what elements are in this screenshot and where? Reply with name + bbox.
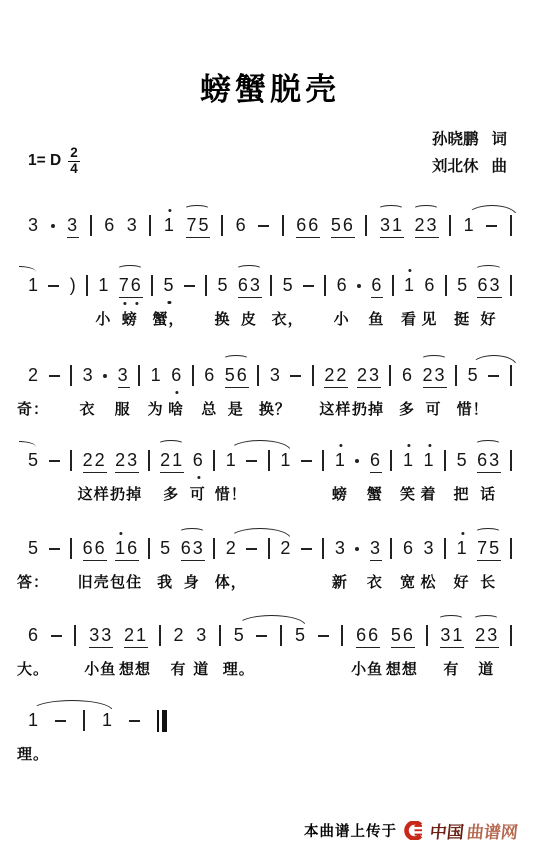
music-line-5: 5答：66旧壳16包住5我63身2体，23新3衣6宽3松1好75长 <box>28 526 512 592</box>
slur-arc <box>438 615 464 623</box>
note: 5答： <box>28 538 38 559</box>
note: 23扔掉 <box>115 450 137 473</box>
duration-dash <box>290 375 301 377</box>
duration-dash <box>49 375 60 377</box>
lyric: 话 <box>480 483 496 504</box>
note: 3新 <box>335 538 345 559</box>
key-signature: 1= D 2 4 <box>28 146 80 177</box>
lyric: 可 <box>190 483 206 504</box>
note: 1 <box>280 450 290 471</box>
augmentation-dot <box>355 459 359 463</box>
lyric: 衣 <box>367 571 383 592</box>
note: 56 <box>331 215 353 238</box>
slur-arc <box>179 528 205 536</box>
barline <box>70 365 72 386</box>
site-name-main: 中国 <box>429 818 466 843</box>
note: 5蟹， <box>163 275 173 296</box>
note: 5我 <box>160 538 170 559</box>
lyric: 扔掉 <box>110 483 142 504</box>
barline <box>83 710 85 731</box>
note: 6啥 <box>171 365 181 386</box>
duration-dash <box>256 635 267 637</box>
lyric: 小鱼 <box>351 658 383 679</box>
note: 6鱼 <box>371 275 381 298</box>
lyric: 新 <box>332 571 348 592</box>
octave-dot-below <box>176 391 179 394</box>
lyric: 换 <box>215 308 231 329</box>
note: 22这样 <box>324 365 346 388</box>
lyric: 这样 <box>78 483 110 504</box>
lyric: 小 <box>95 308 111 329</box>
lyric: 身 <box>184 571 200 592</box>
note: 63身 <box>181 538 203 561</box>
octave-dot-above <box>428 444 431 447</box>
barline <box>449 215 451 236</box>
note: 5衣， <box>283 275 293 296</box>
lyric: 道 <box>478 658 494 679</box>
barline <box>365 215 367 236</box>
lyric: 小鱼 <box>84 658 116 679</box>
duration-dash <box>48 285 59 287</box>
lyric: 是 <box>228 398 244 419</box>
barline <box>390 538 392 559</box>
lyric: 多 <box>163 483 179 504</box>
duration-dash <box>301 460 312 462</box>
note: 23可 <box>423 365 445 388</box>
music-line-6: 6大。33小鱼21想想2有3道5理。566小鱼56想想31有23道 <box>28 613 512 679</box>
note: 5惜！ <box>468 365 478 386</box>
note: 3 <box>67 215 77 238</box>
music-line-2: 1)1小76螃5蟹，5换63皮5衣，6小6鱼1看6见5挺63好 <box>28 263 512 329</box>
note: 5挺 <box>457 275 467 296</box>
lyric: 着 <box>421 483 437 504</box>
slur-arc <box>421 355 447 363</box>
barline <box>74 625 76 646</box>
lyric: 惜！ <box>457 398 489 419</box>
final-barline <box>157 710 167 732</box>
composer-name: 刘北休 <box>432 154 479 176</box>
duration-dash <box>301 548 312 550</box>
barline <box>148 538 150 559</box>
barline <box>510 365 512 386</box>
note: 3服 <box>118 365 128 388</box>
upload-note: 本曲谱上传于 <box>304 820 397 841</box>
note: 1 <box>164 215 174 236</box>
augmentation-dot <box>357 284 361 288</box>
lyricist-name: 孙晓鹏 <box>432 127 479 149</box>
octave-dot-above <box>461 532 464 535</box>
lyric: 见 <box>421 308 437 329</box>
lyric: 蟹 <box>367 483 383 504</box>
note: 56想想 <box>391 625 413 648</box>
note: 16包住 <box>115 538 137 561</box>
lyric: 看 <box>401 308 417 329</box>
note: 75长 <box>477 538 499 561</box>
barline <box>322 538 324 559</box>
note: 21多 <box>160 450 182 473</box>
note: 56是 <box>225 365 247 388</box>
lyric: 宽 <box>400 571 416 592</box>
barline <box>390 450 392 471</box>
barline <box>159 625 161 646</box>
duration-dash <box>258 225 269 227</box>
note: 1小 <box>98 275 108 296</box>
lyric: 道 <box>193 658 209 679</box>
lyric: 总 <box>201 398 217 419</box>
note: 2奇： <box>28 365 38 386</box>
note: 6总 <box>204 365 214 386</box>
lyric: 有 <box>443 658 459 679</box>
slur-arc <box>158 440 184 448</box>
barline <box>392 275 394 296</box>
octave-dot-below <box>168 301 171 304</box>
slur-arc <box>236 265 262 273</box>
barline <box>205 275 207 296</box>
note: 6可 <box>193 450 203 471</box>
note: 3道 <box>196 625 206 646</box>
octave-dot-above <box>120 532 123 535</box>
barline <box>270 275 272 296</box>
barline <box>192 365 194 386</box>
music-line-3: 2奇：3衣3服1为6啥6总56是3换？22这样23扔掉6多23可5惜！ <box>28 353 512 419</box>
lyric: 理。 <box>223 658 255 679</box>
time-signature-denominator: 4 <box>70 162 78 177</box>
note: 6 <box>236 215 246 236</box>
note: 6 <box>104 215 114 236</box>
slur-arc <box>117 265 143 273</box>
note: 6蟹 <box>370 450 380 473</box>
barline <box>510 275 512 296</box>
barline <box>282 215 284 236</box>
note: 3衣 <box>83 365 93 386</box>
lyric: 换？ <box>259 398 291 419</box>
duration-dash <box>318 635 329 637</box>
note: 66旧壳 <box>83 538 105 561</box>
barline <box>151 275 153 296</box>
tie-arc <box>237 615 306 626</box>
barline <box>444 538 446 559</box>
note: 1螃 <box>335 450 345 471</box>
barline <box>426 625 428 646</box>
lyric: 为 <box>148 398 164 419</box>
augmentation-dot <box>51 224 55 228</box>
lyric: 小 <box>334 308 350 329</box>
barline <box>90 215 92 236</box>
barline <box>324 275 326 296</box>
time-signature: 2 4 <box>68 146 80 177</box>
lyric: 包住 <box>110 571 142 592</box>
note: 1笑 <box>403 450 413 471</box>
note: 5 <box>295 625 305 646</box>
lyric: 理。 <box>17 743 49 764</box>
octave-dot-below <box>123 302 126 305</box>
lyric: 想想 <box>386 658 418 679</box>
note: 5把 <box>457 450 467 471</box>
note: 3 <box>127 215 137 236</box>
note: 2 <box>280 538 290 559</box>
note: 63好 <box>477 275 499 298</box>
note: 3衣 <box>370 538 380 561</box>
note: 66小鱼 <box>356 625 378 648</box>
lyric: 衣 <box>80 398 96 419</box>
site-name-suffix: 曲谱网 <box>466 818 520 843</box>
barline <box>138 365 140 386</box>
barline <box>322 450 324 471</box>
tie-arc <box>471 355 517 366</box>
duration-dash <box>184 285 195 287</box>
lyric: 螃 <box>332 483 348 504</box>
lyric: 松 <box>421 571 437 592</box>
note: 76螃 <box>119 275 141 298</box>
duration-dash <box>49 548 60 550</box>
duration-dash <box>303 285 314 287</box>
barline <box>510 450 512 471</box>
barline <box>444 450 446 471</box>
slur-arc <box>475 265 501 273</box>
note: 5换 <box>218 275 228 296</box>
key-label: 1= D <box>28 152 61 170</box>
note: 3换？ <box>270 365 280 386</box>
sheet-music-page: 螃蟹脱壳 孙晓鹏 词 刘北休 曲 1= D 2 4 33631756665631… <box>0 0 540 850</box>
lyric: 扔掉 <box>352 398 384 419</box>
augmentation-dot <box>103 374 107 378</box>
music-line-1: 33631756665631231 <box>28 203 512 269</box>
note: 31 <box>380 215 402 238</box>
augmentation-dot <box>355 547 359 551</box>
barline <box>510 538 512 559</box>
note: 6大。 <box>28 625 38 646</box>
slur-arc <box>475 440 501 448</box>
duration-dash <box>49 460 60 462</box>
lyric: 螃 <box>122 308 138 329</box>
footer: 本曲谱上传于 中国 曲谱网 <box>304 818 518 843</box>
barline <box>86 275 88 296</box>
barline <box>219 625 221 646</box>
slur-arc <box>223 355 249 363</box>
barline <box>213 450 215 471</box>
music-line-7: 1理。1 <box>28 698 167 764</box>
barline <box>70 450 72 471</box>
lyricist-credit: 孙晓鹏 词 <box>432 127 507 149</box>
note: 1理。 <box>28 710 38 731</box>
lyric: 衣， <box>272 308 304 329</box>
barline <box>445 275 447 296</box>
tie-arc <box>467 205 517 216</box>
tie-arc <box>31 700 113 711</box>
duration-dash <box>51 635 62 637</box>
barline <box>268 538 270 559</box>
octave-dot-below <box>135 302 138 305</box>
note: 33小鱼 <box>89 625 111 648</box>
lyric: 挺 <box>454 308 470 329</box>
lyric: 旧壳 <box>78 571 110 592</box>
barline <box>148 450 150 471</box>
composer-role: 曲 <box>491 154 507 176</box>
note: 1 <box>28 275 38 296</box>
note: 2有 <box>173 625 183 646</box>
lyric: 答： <box>17 571 49 592</box>
lyric: 啥 <box>168 398 184 419</box>
note: 1为 <box>151 365 161 386</box>
note: 21想想 <box>124 625 146 648</box>
lyric: 有 <box>170 658 186 679</box>
duration-dash <box>486 225 497 227</box>
note: 23道 <box>475 625 497 648</box>
barline <box>70 538 72 559</box>
note: 63皮 <box>238 275 260 298</box>
lyric: 鱼 <box>368 308 384 329</box>
note: 6小 <box>337 275 347 296</box>
site-logo-icon <box>404 821 423 840</box>
credits: 孙晓鹏 词 刘北休 曲 <box>432 127 507 176</box>
duration-dash <box>488 375 499 377</box>
barline <box>510 215 512 236</box>
note: 63话 <box>477 450 499 473</box>
music-line-4: 522这样23扔掉21多6可1惜！11螃6蟹1笑1着5把63话 <box>28 438 512 504</box>
octave-dot-below <box>197 476 200 479</box>
lyric: 蟹， <box>152 308 184 329</box>
slur-arc <box>184 205 210 213</box>
note: 3松 <box>424 538 434 559</box>
note: 3 <box>28 215 38 236</box>
time-signature-numerator: 2 <box>68 146 80 162</box>
lyric: 惜！ <box>215 483 247 504</box>
duration-dash <box>55 720 66 722</box>
note: 6见 <box>424 275 434 296</box>
note: 1 <box>464 215 474 236</box>
lyric: 笑 <box>400 483 416 504</box>
slur-arc <box>378 205 404 213</box>
barline <box>280 625 282 646</box>
lyric: 可 <box>426 398 442 419</box>
note: 5 <box>28 450 38 471</box>
site-name: 中国 曲谱网 <box>429 818 520 843</box>
slur-arc <box>473 615 499 623</box>
lyric: 我 <box>157 571 173 592</box>
duration-dash <box>246 460 257 462</box>
lyric: 好 <box>454 571 470 592</box>
barline <box>221 215 223 236</box>
note: 1惜！ <box>226 450 236 471</box>
note: 75 <box>186 215 208 238</box>
lyric: 想想 <box>119 658 151 679</box>
lyric: 奇： <box>17 398 49 419</box>
octave-dot-above <box>339 444 342 447</box>
lyric: 这样 <box>319 398 351 419</box>
barline <box>257 365 259 386</box>
tie-close-paren: ) <box>70 275 76 296</box>
barline <box>213 538 215 559</box>
tie-arc <box>229 440 291 451</box>
barline <box>312 365 314 386</box>
lyric: 多 <box>399 398 415 419</box>
lyric: 好 <box>480 308 496 329</box>
note: 1着 <box>424 450 434 471</box>
note: 1好 <box>457 538 467 559</box>
slur-arc <box>475 528 501 536</box>
barline <box>455 365 457 386</box>
tie-arc <box>229 528 291 539</box>
duration-dash <box>129 720 140 722</box>
lyric: 皮 <box>241 308 257 329</box>
barline <box>389 365 391 386</box>
lyric: 服 <box>115 398 131 419</box>
note: 2体， <box>226 538 236 559</box>
note: 31有 <box>440 625 462 648</box>
octave-dot-above <box>407 444 410 447</box>
lyricist-role: 词 <box>491 127 507 149</box>
duration-dash <box>246 548 257 550</box>
tie-continuation <box>19 441 36 447</box>
note: 22这样 <box>83 450 105 473</box>
barline <box>149 215 151 236</box>
lyric: 大。 <box>17 658 49 679</box>
note: 23扔掉 <box>357 365 379 388</box>
composer-credit: 刘北休 曲 <box>432 154 507 176</box>
song-title: 螃蟹脱壳 <box>0 64 540 109</box>
note: 6多 <box>402 365 412 386</box>
note: 23 <box>415 215 437 238</box>
barline <box>268 450 270 471</box>
note: 5理。 <box>234 625 244 646</box>
barline <box>510 625 512 646</box>
note: 1看 <box>404 275 414 296</box>
lyric: 长 <box>480 571 496 592</box>
octave-dot-above <box>168 209 171 212</box>
note: 66 <box>296 215 318 238</box>
note: 6宽 <box>403 538 413 559</box>
barline <box>341 625 343 646</box>
lyric: 把 <box>454 483 470 504</box>
slur-arc <box>413 205 439 213</box>
lyric: 体， <box>215 571 247 592</box>
note: 1 <box>102 710 112 731</box>
tie-continuation <box>19 266 36 272</box>
octave-dot-above <box>408 269 411 272</box>
